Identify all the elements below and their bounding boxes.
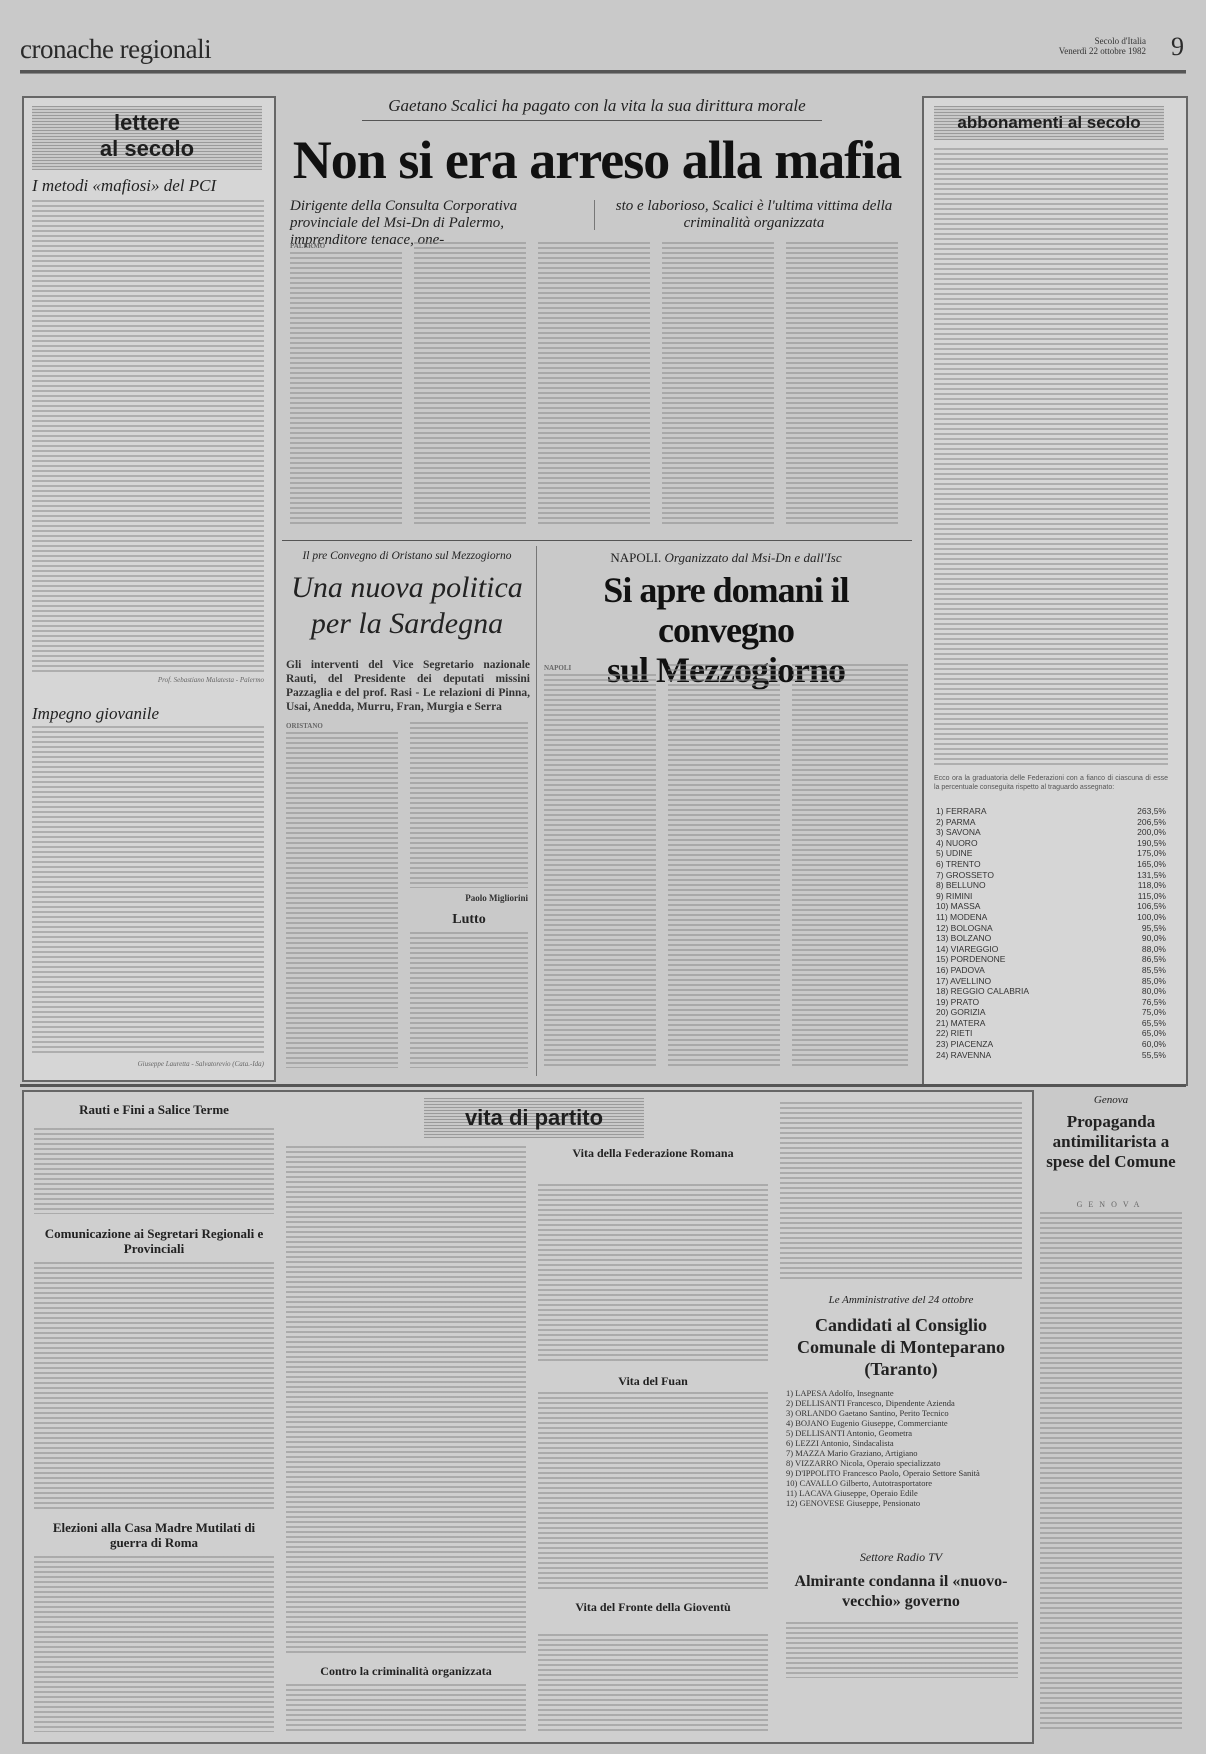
main-col-4 [662,242,774,526]
main-col-2 [414,242,526,526]
genova-story: Genova Propaganda antimilitarista a spes… [1036,1090,1186,1740]
elezioni-title: Elezioni alla Casa Madre Mutilati di gue… [34,1520,274,1550]
ranking-federation: 24) RAVENNA [936,1050,991,1061]
ranking-row: 20) GORIZIA75,0% [936,1007,1166,1018]
candidati-title: Candidati al Consiglio Comunale di Monte… [780,1314,1022,1380]
letter1-body [32,200,264,672]
ranking-federation: 16) PADOVA [936,965,985,976]
napoli-col-2 [668,664,780,1068]
ranking-percentage: 131,5% [1137,870,1166,881]
napoli-dateline: NAPOLI [544,664,571,673]
subscriptions-header: abbonamenti al secolo [934,106,1164,140]
napoli-col-3 [792,664,908,1068]
ranking-percentage: 88,0% [1142,944,1166,955]
ranking-percentage: 118,0% [1138,880,1166,891]
ranking-row: 24) RAVENNA55,5% [936,1050,1166,1061]
ranking-row: 6) TRENTO165,0% [936,859,1166,870]
ranking-row: 2) PARMA206,5% [936,817,1166,828]
napoli-col-1 [544,674,656,1068]
ranking-row: 15) PORDENONE86,5% [936,954,1166,965]
ranking-federation: 15) PORDENONE [936,954,1005,965]
federazione-body [538,1184,768,1364]
ranking-federation: 7) GROSSETO [936,870,994,881]
publication-date: Venerdì 22 ottobre 1982 [1059,46,1146,56]
ranking-percentage: 100,0% [1137,912,1166,923]
letter1-title: I metodi «mafiosi» del PCI [32,176,266,196]
masthead-rule [20,70,1186,74]
ranking-percentage: 106,5% [1137,901,1166,912]
radio-title: Almirante condanna il «nuovo-vecchio» go… [780,1572,1022,1612]
ranking-row: 19) PRATO76,5% [936,997,1166,1008]
candidate-item: 4) BOJANO Eugenio Giuseppe, Commerciante [786,1418,1022,1428]
sardegna-kicker: Il pre Convegno di Oristano sul Mezzogio… [282,550,532,562]
ranking-federation: 3) SAVONA [936,827,981,838]
ranking-federation: 17) AVELLINO [936,976,991,987]
publication-info: Secolo d'Italia Venerdì 22 ottobre 1982 [1059,36,1146,56]
ranking-federation: 9) RIMINI [936,891,972,902]
ranking-federation: 14) VIAREGGIO [936,944,998,955]
ranking-percentage: 165,0% [1137,859,1166,870]
ranking-percentage: 95,5% [1142,923,1166,934]
main-col-3 [538,242,650,526]
lutto-body [410,932,528,1068]
candidate-list: 1) LAPESA Adolfo, Insegnante2) DELLISANT… [786,1388,1022,1508]
main-dateline: PALERMO [290,242,325,251]
candidate-item: 1) LAPESA Adolfo, Insegnante [786,1388,1022,1398]
ranking-row: 8) BELLUNO118,0% [936,880,1166,891]
napoli-kicker-city: NAPOLI. [610,550,661,565]
ranking-percentage: 76,5% [1142,997,1166,1008]
fronte-body [538,1634,768,1732]
sardegna-deck: Gli interventi del Vice Segretario nazio… [286,658,530,714]
candidate-item: 8) VIZZARRO Nicola, Operaio specializzat… [786,1458,1022,1468]
elezioni-body [34,1556,274,1732]
ranking-percentage: 200,0% [1137,827,1166,838]
letters-column: lettere al secolo I metodi «mafiosi» del… [22,96,276,1082]
letter1-signature: Prof. Sebastiano Malatesta - Palermo [84,676,264,685]
ranking-percentage: 263,5% [1137,806,1166,817]
main-kicker: Gaetano Scalici ha pagato con la vita la… [282,96,912,116]
ranking-federation: 10) MASSA [936,901,980,912]
letter2-title: Impegno giovanile [32,704,266,724]
letter2-body [32,726,264,1056]
party-life-section: Rauti e Fini a Salice Terme Comunicazion… [22,1090,1034,1744]
letters-header-line2: al secolo [32,136,262,162]
ranking-federation: 22) RIETI [936,1028,972,1039]
ranking-row: 4) NUORO190,5% [936,838,1166,849]
main-story: Gaetano Scalici ha pagato con la vita la… [282,96,912,536]
bottom-section-rule [20,1084,1186,1087]
napoli-headline-line1: Si apre domani il convegno [540,570,912,650]
sardegna-headline: Una nuova politica per la Sardegna [282,570,532,642]
ranking-federation: 12) BOLOGNA [936,923,993,934]
ranking-intro: Ecco ora la graduatoria delle Federazion… [934,774,1168,792]
main-headline: Non si era arreso alla mafia [282,128,912,192]
ranking-row: 1) FERRARA263,5% [936,806,1166,817]
ranking-federation: 1) FERRARA [936,806,987,817]
party-events-body-2 [780,1102,1022,1282]
ranking-federation: 21) MATERA [936,1018,985,1029]
sardegna-col-1 [286,732,398,1068]
rauti-title: Rauti e Fini a Salice Terme [34,1102,274,1118]
ranking-federation: 11) MODENA [936,912,987,923]
fronte-title: Vita del Fronte della Gioventù [538,1600,768,1614]
ranking-percentage: 115,0% [1138,891,1166,902]
ranking-percentage: 65,5% [1142,1018,1166,1029]
column-divider [536,546,537,1076]
ranking-row: 5) UDINE175,0% [936,848,1166,859]
candidate-item: 12) GENOVESE Giuseppe, Pensionato [786,1498,1022,1508]
main-deck-right: sto e laborioso, Scalici è l'ultima vitt… [604,198,904,232]
rauti-body [34,1128,274,1214]
subscriptions-body [934,148,1168,768]
ranking-percentage: 55,5% [1142,1050,1166,1061]
candidate-item: 9) D'IPPOLITO Francesco Paolo, Operaio S… [786,1468,1022,1478]
federazione-title: Vita della Federazione Romana [538,1146,768,1160]
ranking-row: 12) BOLOGNA95,5% [936,923,1166,934]
ranking-row: 21) MATERA65,5% [936,1018,1166,1029]
napoli-story: NAPOLI. Organizzato dal Msi-Dn e dall'Is… [540,546,912,1076]
ranking-federation: 19) PRATO [936,997,979,1008]
ranking-federation: 4) NUORO [936,838,978,849]
party-events-body [286,1146,526,1656]
ranking-percentage: 86,5% [1142,954,1166,965]
criminalita-title: Contro la criminalità organizzata [286,1664,526,1679]
lutto-title: Lutto [410,912,528,928]
section-title: cronache regionali [20,34,211,65]
genova-dateline: GENOVA [1036,1200,1186,1209]
candidate-item: 6) LEZZI Antonio, Sindacalista [786,1438,1022,1448]
ranking-percentage: 85,5% [1142,965,1166,976]
candidate-item: 5) DELLISANTI Antonio, Geometra [786,1428,1022,1438]
criminalita-body [286,1684,526,1732]
kicker-rule [362,120,822,121]
candidate-item: 3) ORLANDO Gaetano Santino, Perito Tecni… [786,1408,1022,1418]
genova-body [1040,1212,1182,1732]
ranking-federation: 2) PARMA [936,817,976,828]
ranking-percentage: 85,0% [1142,976,1166,987]
ranking-row: 11) MODENA100,0% [936,912,1166,923]
party-life-header: vita di partito [424,1098,644,1138]
letter2-signature: Giuseppe Lauretta - Salvatorevio (Cata.-… [64,1060,264,1069]
comunicazione-title: Comunicazione ai Segretari Regionali e P… [34,1226,274,1256]
comunicazione-body [34,1262,274,1512]
subscriptions-column: abbonamenti al secolo Ecco ora la gradua… [922,96,1188,1086]
ranking-federation: 23) PIACENZA [936,1039,993,1050]
letters-header-line1: lettere [32,110,262,136]
ranking-federation: 5) UDINE [936,848,972,859]
sardegna-headline-line1: Una nuova politica [282,570,532,606]
ranking-federation: 13) BOLZANO [936,933,991,944]
ranking-row: 3) SAVONA200,0% [936,827,1166,838]
ranking-row: 9) RIMINI115,0% [936,891,1166,902]
candidate-item: 7) MAZZA Mario Graziano, Artigiano [786,1448,1022,1458]
napoli-kicker: NAPOLI. Organizzato dal Msi-Dn e dall'Is… [540,550,912,566]
ranking-row: 17) AVELLINO85,0% [936,976,1166,987]
radio-kicker: Settore Radio TV [780,1550,1022,1565]
candidati-kicker: Le Amministrative del 24 ottobre [780,1294,1022,1306]
ranking-percentage: 75,0% [1142,1007,1166,1018]
story-separator [282,540,912,541]
ranking-percentage: 60,0% [1142,1039,1166,1050]
sardegna-dateline: ORISTANO [286,722,323,731]
ranking-row: 23) PIACENZA60,0% [936,1039,1166,1050]
ranking-row: 10) MASSA106,5% [936,901,1166,912]
fuan-title: Vita del Fuan [538,1374,768,1389]
main-col-1 [290,252,402,526]
ranking-list: 1) FERRARA263,5%2) PARMA206,5%3) SAVONA2… [936,806,1166,1060]
genova-kicker: Genova [1036,1094,1186,1106]
genova-title: Propaganda antimilitarista a spese del C… [1036,1112,1186,1172]
candidate-item: 10) CAVALLO Gilberto, Autotrasportatore [786,1478,1022,1488]
sardegna-byline: Paolo Migliorini [410,894,528,903]
sardegna-col-2 [410,722,528,888]
ranking-percentage: 175,0% [1137,848,1166,859]
ranking-row: 13) BOLZANO90,0% [936,933,1166,944]
main-col-5 [786,242,898,526]
radio-body [786,1622,1018,1678]
ranking-federation: 20) GORIZIA [936,1007,986,1018]
ranking-percentage: 65,0% [1142,1028,1166,1039]
ranking-row: 22) RIETI65,0% [936,1028,1166,1039]
page-number: 9 [1171,32,1184,62]
sardegna-story: Il pre Convegno di Oristano sul Mezzogio… [282,546,532,1076]
ranking-row: 16) PADOVA85,5% [936,965,1166,976]
candidate-item: 2) DELLISANTI Francesco, Dipendente Azie… [786,1398,1022,1408]
publication-name: Secolo d'Italia [1059,36,1146,46]
ranking-row: 18) REGGIO CALABRIA80,0% [936,986,1166,997]
ranking-percentage: 80,0% [1142,986,1166,997]
sardegna-headline-line2: per la Sardegna [282,606,532,642]
ranking-percentage: 190,5% [1137,838,1166,849]
ranking-percentage: 90,0% [1142,933,1166,944]
ranking-federation: 8) BELLUNO [936,880,986,891]
ranking-row: 7) GROSSETO131,5% [936,870,1166,881]
ranking-percentage: 206,5% [1137,817,1166,828]
deck-divider [594,200,595,230]
ranking-federation: 18) REGGIO CALABRIA [936,986,1029,997]
letters-header: lettere al secolo [32,106,262,170]
ranking-row: 14) VIAREGGIO88,0% [936,944,1166,955]
napoli-kicker-text: Organizzato dal Msi-Dn e dall'Isc [665,550,842,565]
ranking-federation: 6) TRENTO [936,859,981,870]
candidate-item: 11) LACAVA Giuseppe, Operaio Edile [786,1488,1022,1498]
fuan-body [538,1392,768,1592]
